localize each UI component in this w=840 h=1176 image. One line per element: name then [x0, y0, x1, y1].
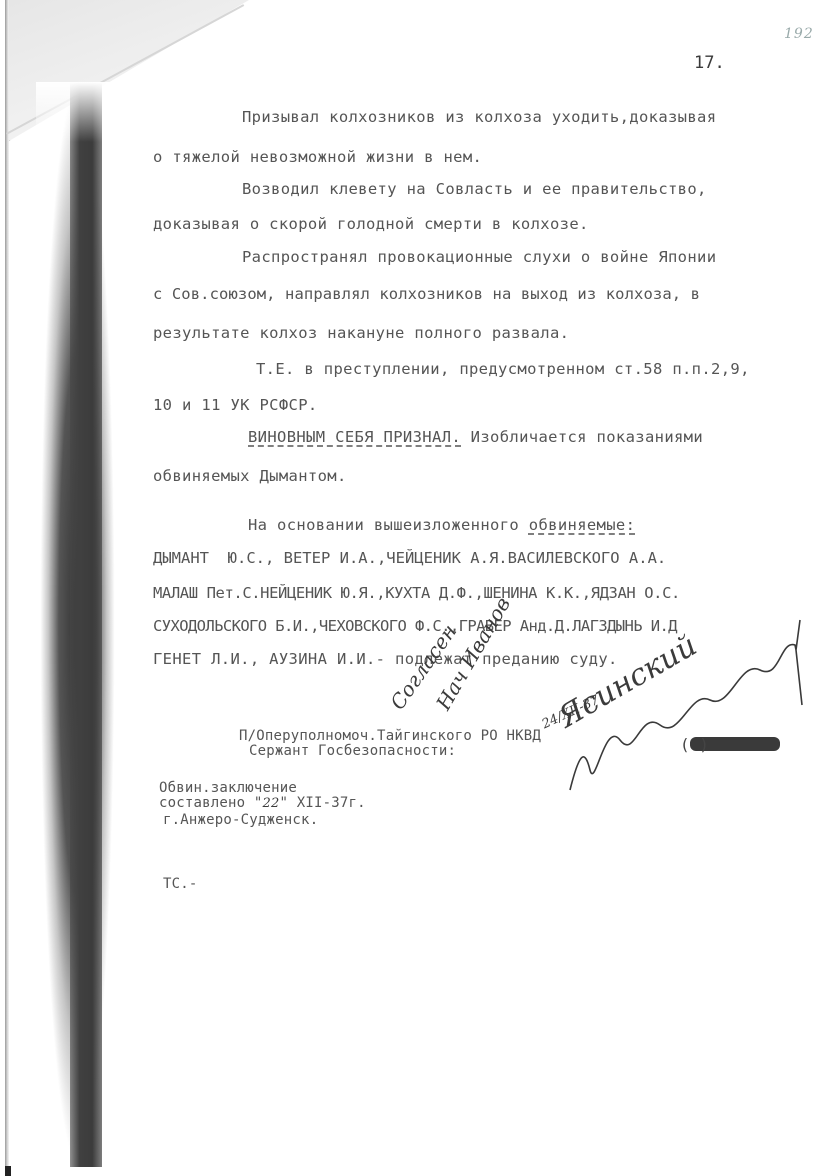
page-number: 17.: [694, 53, 725, 73]
binding-shadow-core: [70, 82, 102, 1167]
text-line: Распространял провокационные слухи о вой…: [242, 248, 716, 266]
text-line: с Сов.союзом, направлял колхозников на в…: [153, 285, 700, 303]
footer-day-handwritten: 22: [263, 796, 280, 811]
text-line: 10 и 11 УК РСФСР.: [153, 396, 318, 414]
accused-line: ГЕНЕТ Л.И., АУЗИНА И.И.- подлежат предан…: [153, 650, 618, 668]
text-line: Т.Е. в преступлении, предусмотренном ст.…: [256, 360, 750, 378]
binding-shadow-fade: [36, 82, 116, 142]
officer-position: П/Оперуполномоч.Тайгинского РО НКВД: [239, 728, 541, 744]
text-line: обвиняемых Дымантом.: [153, 467, 347, 485]
accused-heading: обвиняемые:: [529, 516, 636, 534]
text-line: результате колхоз накануне полного разва…: [153, 324, 569, 342]
scan-edge: [5, 0, 9, 1166]
footer-line2-prefix: составлено ": [159, 795, 263, 811]
officer-rank: Сержант Госбезопасности:: [249, 743, 456, 759]
signature-strokes: [560, 600, 820, 800]
text-line: Призывал колхозников из колхоза уходить,…: [242, 108, 716, 126]
accused-line: ДЫМАНТ Ю.С., ВЕТЕР И.А.,ЧЕЙЦЕНИК А.Я.ВАС…: [153, 549, 666, 567]
archive-sheet-number: 192: [784, 26, 814, 42]
guilt-rest: Изобличается показаниями: [461, 428, 703, 446]
text-line: Возводил клевету на Совласть и ее правит…: [242, 180, 707, 198]
scan-edge-foot: [5, 1166, 11, 1176]
guilt-statement: ВИНОВНЫМ СЕБЯ ПРИЗНАЛ. Изобличается пока…: [248, 428, 703, 446]
text-line: доказывая о скорой голодной смерти в кол…: [153, 215, 589, 233]
conclusion-intro: На основании вышеизложенного обвиняемые:: [248, 516, 635, 534]
guilt-admitted: ВИНОВНЫМ СЕБЯ ПРИЗНАЛ.: [248, 428, 461, 446]
conclusion-intro-text: На основании вышеизложенного: [248, 516, 529, 534]
footer-line2-suffix: " XII-37г.: [280, 795, 366, 811]
typist-mark: ТС.-: [163, 876, 198, 892]
footer-line2: составлено "22" XII-37г.: [159, 795, 366, 811]
footer-line1: Обвин.заключение: [159, 780, 297, 796]
text-line: о тяжелой невозможной жизни в нем.: [153, 148, 482, 166]
footer-city: г.Анжеро-Судженск.: [163, 812, 318, 828]
